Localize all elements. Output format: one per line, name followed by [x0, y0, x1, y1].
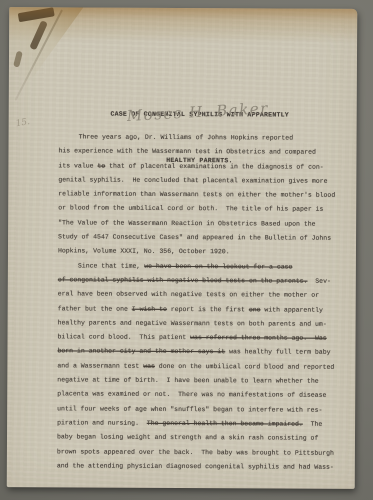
typed-text: Study of 4547 Consecutive Cases" and app… — [58, 233, 331, 241]
typed-text: with apparently — [261, 306, 323, 313]
typed-body: Three years ago, Dr. Williams of Johns H… — [57, 130, 343, 475]
paper-sheet: 15. CASE OF CONGENITAL SYPHILIS WITH APP… — [7, 7, 358, 489]
typed-text: reliable information than Wassermann tes… — [58, 191, 335, 199]
typed-text: its value — [58, 162, 97, 169]
typed-line: or blood from the umbilical cord or both… — [58, 202, 342, 218]
typed-text: and a Wassermann test — [57, 362, 143, 369]
typed-text: bilical cord blood. This patient — [58, 334, 191, 342]
typed-line: Since that time, we have been on the loo… — [58, 259, 342, 275]
struck-text: was — [143, 363, 155, 370]
typed-line: of congenital syphilis with negative blo… — [58, 273, 342, 289]
typed-text: or blood from the umbilical cord or both… — [58, 205, 323, 213]
typed-line: placenta was examined or not. There was … — [57, 388, 341, 404]
typed-text: that of placental examinations in the di… — [105, 162, 323, 170]
typed-line: and the attending physician diagnosed co… — [57, 459, 341, 475]
typed-text: done on the umbilical cord blood and rep… — [155, 363, 334, 371]
typed-line: brown spots appeared over the back. The … — [57, 445, 341, 461]
typed-line: bilical cord blood. This patient was ref… — [57, 331, 341, 347]
typed-line: negative at time of birth. I have been u… — [57, 373, 341, 389]
struck-text: The general health then became impaired. — [147, 420, 303, 428]
typed-text: Three years ago, Dr. Williams of Johns H… — [79, 133, 294, 141]
typed-text: Since that time, — [78, 262, 144, 269]
typed-line: Hopkins, Volume XXXI, No. 356, October 1… — [58, 245, 342, 261]
typed-text: The — [303, 421, 323, 428]
typed-text: genital syphilis. He concluded that plac… — [58, 176, 327, 184]
typed-text: Hopkins, Volume XXXI, No. 356, October 1… — [58, 248, 230, 256]
typed-text: eral have been observed with negative te… — [58, 291, 319, 299]
struck-text: to — [97, 162, 105, 169]
typed-line: genital syphilis. He concluded that plac… — [58, 173, 342, 189]
typed-line: until four weeks of age when "snuffles" … — [57, 402, 341, 418]
typed-text: negative at time of birth. I have been u… — [57, 376, 318, 384]
page-number-annotation: 15. — [15, 117, 31, 129]
typed-text: baby began losing weight and strength an… — [57, 434, 318, 442]
struck-text: of congenital syphilis with negative blo… — [58, 276, 308, 284]
typed-line: his experience with the Wassermann test … — [58, 145, 342, 161]
typed-line: "The Value of the Wassermann Reaction in… — [58, 216, 342, 232]
tape-mark — [13, 51, 23, 68]
typed-text: piration and nursing. — [57, 419, 147, 426]
struck-text: born in another city and the mother says… — [57, 348, 225, 356]
typed-text: was healthy full term baby — [225, 349, 330, 357]
typed-line: baby began losing weight and strength an… — [57, 431, 341, 447]
typed-line: eral have been observed with negative te… — [58, 288, 342, 304]
typed-line: father but the one I wish to report is t… — [58, 302, 342, 318]
typed-text: report is the first — [167, 305, 249, 312]
tape-mark — [29, 20, 48, 50]
typed-line: Three years ago, Dr. Williams of Johns H… — [59, 130, 343, 146]
typed-text: his experience with the Wassermann test … — [58, 148, 315, 156]
typed-line: born in another city and the mother says… — [57, 345, 341, 361]
tape-mark — [18, 7, 55, 22]
typed-text: healthy parents and negative Wassermann … — [58, 319, 327, 327]
typed-line: its value to that of placental examinati… — [58, 159, 342, 175]
typed-text: father but the one — [58, 305, 132, 312]
struck-text: was referred three months ago. Was — [190, 334, 327, 342]
struck-text: I wish to — [132, 305, 167, 312]
typed-line: Study of 4547 Consecutive Cases" and app… — [58, 230, 342, 246]
scan-background: { "scene": { "background_color": "#73726… — [0, 0, 373, 500]
typed-text: "The Value of the Wassermann Reaction in… — [58, 219, 315, 227]
struck-text: we have been on the lookout for a case — [144, 262, 292, 270]
typed-line: reliable information than Wassermann tes… — [58, 188, 342, 204]
typed-text: Sev- — [307, 278, 330, 285]
typed-line: and a Wassermann test was done on the um… — [57, 359, 341, 375]
typed-text: until four weeks of age when "snuffles" … — [57, 405, 322, 413]
typed-text: and the attending physician diagnosed co… — [57, 462, 334, 470]
typed-line: piration and nursing. The general health… — [57, 416, 341, 432]
typed-text: brown spots appeared over the back. The … — [57, 448, 334, 456]
typed-line: healthy parents and negative Wassermann … — [58, 316, 342, 332]
struck-text: one — [249, 306, 261, 313]
typed-text: placenta was examined or not. There was … — [57, 391, 326, 399]
